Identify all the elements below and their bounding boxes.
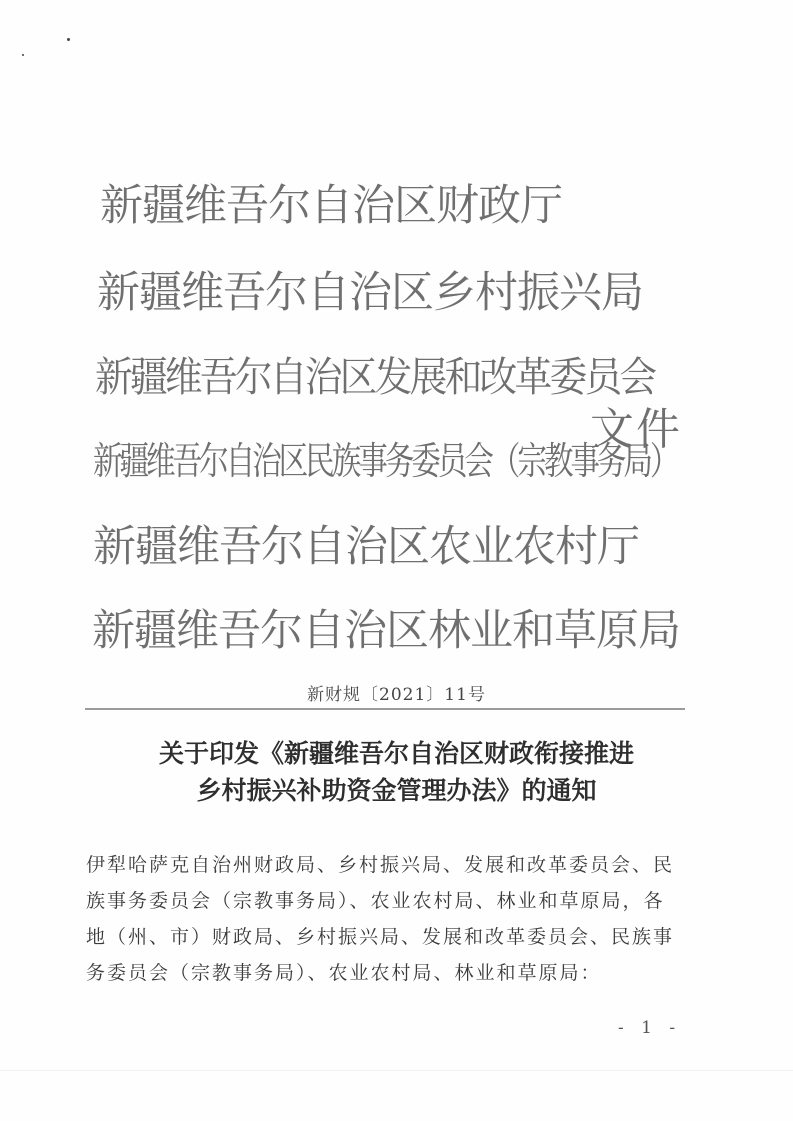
addressee-paragraph: 伊犁哈萨克自治州财政局、乡村振兴局、发展和改革委员会、民 族事务委员会（宗教事务… bbox=[86, 847, 686, 991]
addressee-line: 务委员会（宗教事务局）、农业农村局、林业和草原局： bbox=[86, 955, 686, 991]
title-line: 关于印发《新疆维吾尔自治区财政衔接推进 bbox=[0, 735, 793, 772]
agency-ethnic-affairs-commission: 新疆维吾尔自治区民族事务委员会（宗教事务局） bbox=[93, 430, 676, 485]
addressee-line: 地（州、市）财政局、乡村振兴局、发展和改革委员会、民族事 bbox=[86, 919, 686, 955]
agency-agriculture-rural-department: 新疆维吾尔自治区农业农村厅 bbox=[93, 513, 639, 574]
page-number: - 1 - bbox=[618, 1018, 681, 1038]
agency-development-reform-commission: 新疆维吾尔自治区发展和改革委员会 bbox=[95, 344, 654, 403]
addressee-line: 伊犁哈萨克自治州财政局、乡村振兴局、发展和改革委员会、民 bbox=[86, 847, 686, 883]
document-title: 关于印发《新疆维吾尔自治区财政衔接推进 乡村振兴补助资金管理办法》的通知 bbox=[0, 735, 793, 809]
title-line: 乡村振兴补助资金管理办法》的通知 bbox=[0, 772, 793, 809]
header-divider bbox=[85, 708, 685, 710]
scan-speck bbox=[22, 54, 24, 56]
document-label: 文件 bbox=[590, 393, 682, 457]
scan-edge-line bbox=[0, 1070, 793, 1071]
scan-speck bbox=[67, 38, 70, 41]
addressee-line: 族事务委员会（宗教事务局）、农业农村局、林业和草原局，各 bbox=[86, 883, 686, 919]
document-page: 新疆维吾尔自治区财政厅 新疆维吾尔自治区乡村振兴局 新疆维吾尔自治区发展和改革委… bbox=[0, 0, 793, 1121]
agency-finance-department: 新疆维吾尔自治区财政厅 bbox=[100, 172, 562, 233]
document-number: 新财规〔2021〕11号 bbox=[0, 680, 793, 705]
agency-forestry-grassland-bureau: 新疆维吾尔自治区林业和草原局 bbox=[92, 597, 680, 658]
agency-rural-revitalization-bureau: 新疆维吾尔自治区乡村振兴局 bbox=[97, 259, 643, 320]
